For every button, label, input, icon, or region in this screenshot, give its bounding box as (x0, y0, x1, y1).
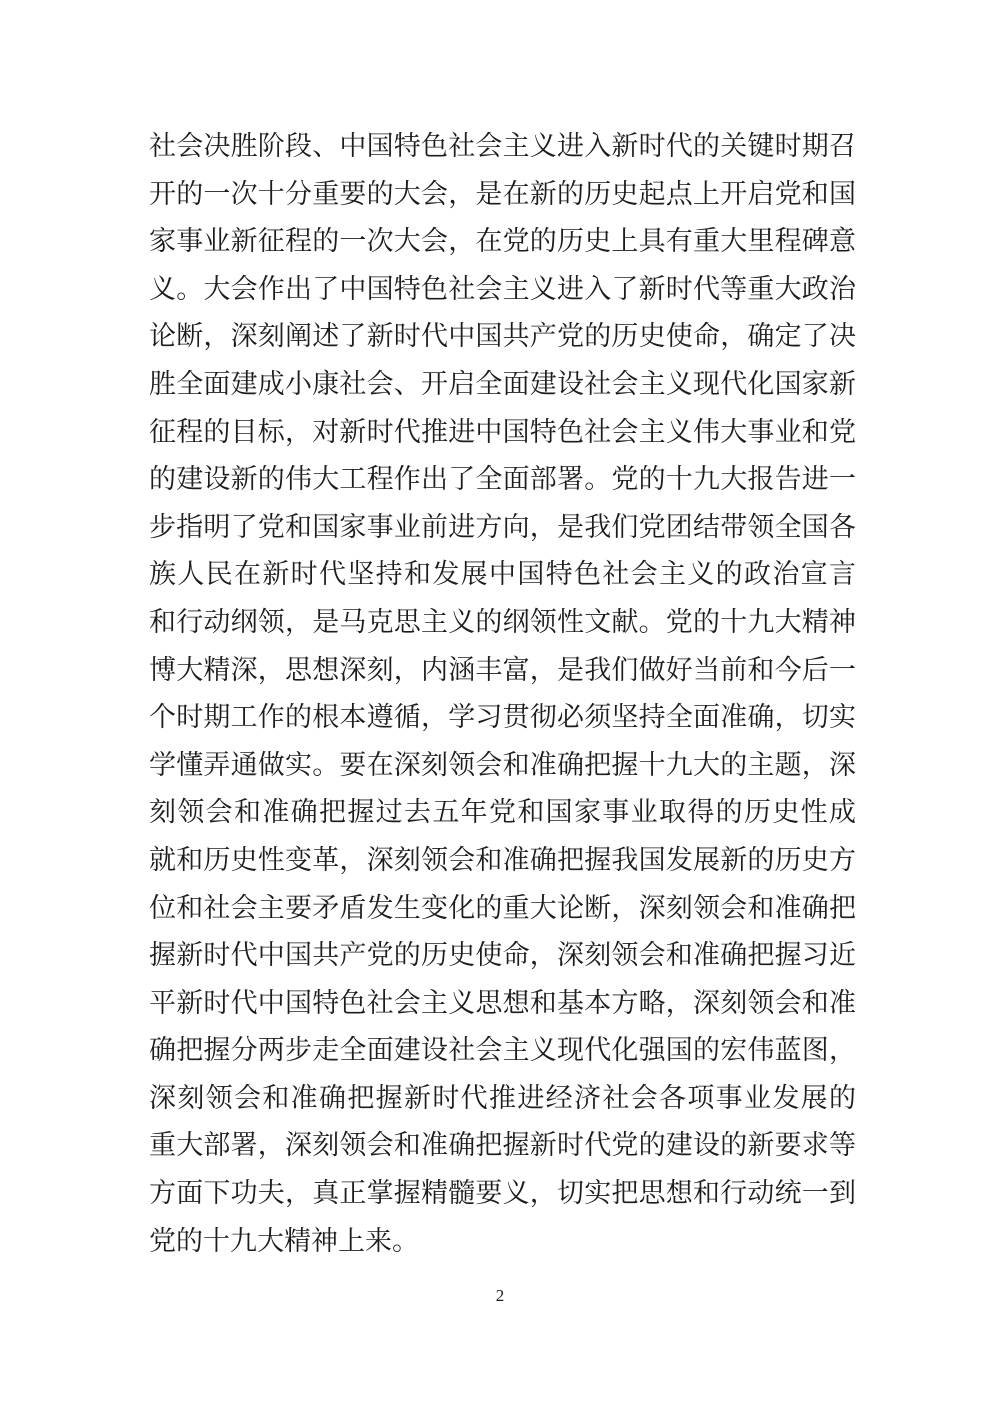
page-number: 2 (0, 1286, 1000, 1306)
text-line: 步指明了党和国家事业前进方向，是我们党团结带领全国各 (149, 504, 856, 552)
text-line: 论断，深刻阐述了新时代中国共产党的历史使命，确定了决 (149, 313, 856, 361)
text-line: 族人民在新时代坚持和发展中国特色社会主义的政治宣言 (149, 551, 856, 599)
text-line: 深刻领会和准确把握新时代推进经济社会各项事业发展的 (149, 1075, 856, 1123)
text-line: 确把握分两步走全面建设社会主义现代化强国的宏伟蓝图， (149, 1027, 856, 1075)
text-line: 平新时代中国特色社会主义思想和基本方略，深刻领会和准 (149, 980, 856, 1028)
text-line: 握新时代中国共产党的历史使命，深刻领会和准确把握习近 (149, 932, 856, 980)
text-line: 学懂弄通做实。要在深刻领会和准确把握十九大的主题，深 (149, 742, 856, 790)
text-line: 方面下功夫，真正掌握精髓要义，切实把思想和行动统一到 (149, 1170, 856, 1218)
text-line: 就和历史性变革，深刻领会和准确把握我国发展新的历史方 (149, 837, 856, 885)
document-page: 社会决胜阶段、中国特色社会主义进入新时代的关键时期召开的一次十分重要的大会，是在… (0, 0, 1000, 1414)
text-line: 党的十九大精神上来。 (149, 1218, 856, 1266)
text-line: 个时期工作的根本遵循，学习贯彻必须坚持全面准确，切实 (149, 694, 856, 742)
text-line: 开的一次十分重要的大会，是在新的历史起点上开启党和国 (149, 171, 856, 219)
text-line: 重大部署，深刻领会和准确把握新时代党的建设的新要求等 (149, 1122, 856, 1170)
text-line: 家事业新征程的一次大会，在党的历史上具有重大里程碑意 (149, 218, 856, 266)
text-line: 胜全面建成小康社会、开启全面建设社会主义现代化国家新 (149, 361, 856, 409)
text-line: 的建设新的伟大工程作出了全面部署。党的十九大报告进一 (149, 456, 856, 504)
text-line: 和行动纲领，是马克思主义的纲领性文献。党的十九大精神 (149, 599, 856, 647)
document-text: 社会决胜阶段、中国特色社会主义进入新时代的关键时期召开的一次十分重要的大会，是在… (149, 123, 856, 1265)
text-line: 征程的目标，对新时代推进中国特色社会主义伟大事业和党 (149, 409, 856, 457)
text-line: 社会决胜阶段、中国特色社会主义进入新时代的关键时期召 (149, 123, 856, 171)
text-line: 位和社会主要矛盾发生变化的重大论断，深刻领会和准确把 (149, 885, 856, 933)
text-line: 义。大会作出了中国特色社会主义进入了新时代等重大政治 (149, 266, 856, 314)
text-line: 刻领会和准确把握过去五年党和国家事业取得的历史性成 (149, 789, 856, 837)
text-line: 博大精深，思想深刻，内涵丰富，是我们做好当前和今后一 (149, 647, 856, 695)
